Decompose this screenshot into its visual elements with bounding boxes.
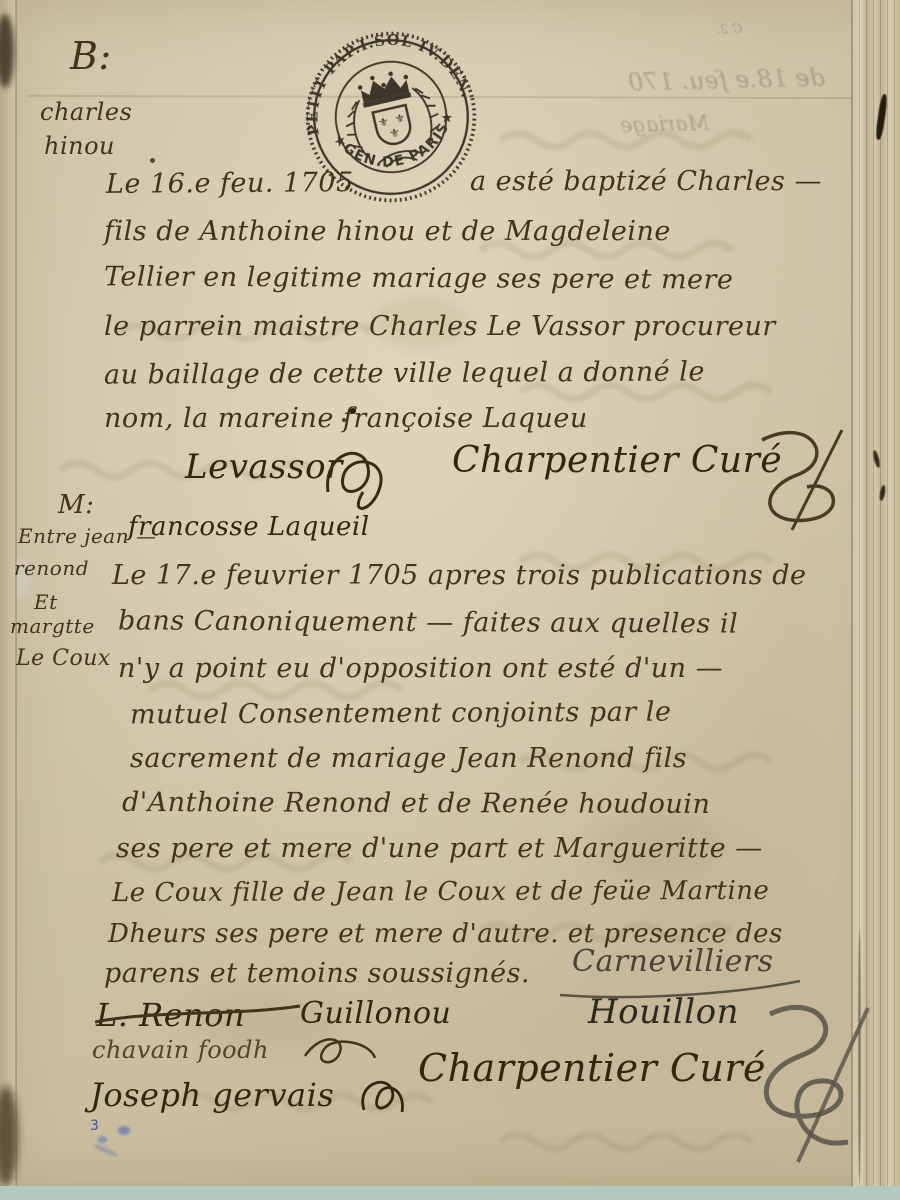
signature-godmother: francosse Laqueil [128,512,370,542]
signature-levassor: Levassor [185,447,343,487]
signature-priest-bottom: Charpentier Curé [418,1046,766,1090]
margin-marriage-line: renond [14,556,89,580]
margin-baptism-name: charles [40,98,132,126]
fold-crease [15,0,17,1186]
baptism-line: le parrein maistre Charles Le Vassor pro… [104,311,776,342]
margin-marriage-code: M: [58,490,94,520]
left-binding-edge [0,0,16,1186]
marriage-line: d'Anthoine Renond et de Renée houdouin [122,787,710,820]
signature-guillonou: Guillonou [300,996,451,1031]
marriage-line: Le 17.e feuvrier 1705 apres trois public… [112,560,806,591]
marriage-line: sacrement de mariage Jean Renond fils [130,743,687,774]
margin-baptism-name: hinou [44,132,115,160]
baptism-line: fils de Anthoine hinou et de Magdeleine [104,216,671,247]
stamp-shield: ⚜ ⚜ ⚜ [373,105,414,147]
fleur-de-lis-icon: ⚜ [388,125,402,141]
signature-chavain: chavain foodh [92,1036,269,1064]
ghost-text-fragment: de 18.e feu. 170 [628,63,825,96]
scanner-background [0,1186,900,1200]
baptism-line: au baillage de cette ville lequel a donn… [104,356,705,390]
fleur-de-lis-icon: ⚜ [393,110,407,126]
stacked-page-edges [851,0,900,1186]
marriage-line: parens et temoins soussignés. [104,958,530,989]
marriage-line: mutuel Consentement conjoints par le [130,697,672,731]
stamp-crown [356,68,413,108]
signature-carnevilliers: Carnevilliers [572,944,774,979]
marriage-line: bans Canoniquement — faites aux quelles … [118,605,738,639]
page-number: 3 [90,1118,99,1134]
baptism-line: nom, la mareine françoise Laqueu [104,403,588,434]
marriage-line: Le Coux fille de Jean le Coux et de feüe… [112,876,770,908]
signature-houillon: Houillon [588,992,739,1032]
marriage-line: n'y a point eu d'opposition ont esté d'u… [118,653,723,684]
baptism-line: Tellier en legitime mariage ses pere et … [104,261,734,295]
blue-ink-smudge [118,1126,130,1135]
margin-marriage-line: Et [34,590,58,614]
blue-ink-smudge [98,1136,107,1143]
baptism-line: a esté baptizé Charles — [470,166,822,197]
margin-marriage-line: Le Coux [16,646,111,671]
margin-marriage-line: margtte [10,614,95,638]
margin-baptism-code: B: [70,34,112,78]
baptism-line: Le 16.e feu. 1705 [106,167,354,200]
signature-gervais: Joseph gervais [90,1076,334,1114]
ghost-text-fragment: C 2. [716,22,743,38]
ink-spot [150,158,155,163]
manuscript-scan: C 2. de 18.e feu. 170 Mariage PETIT PAP.… [0,0,900,1200]
ghost-text-fragment: Mariage [620,111,710,137]
signature-priest: Charpentier Curé [452,440,782,481]
marriage-line: ses pere et mere d'une part et Marguerit… [116,833,763,864]
signature-renon: L. Renon [96,996,245,1034]
margin-marriage-line: Entre jean — [18,524,156,548]
